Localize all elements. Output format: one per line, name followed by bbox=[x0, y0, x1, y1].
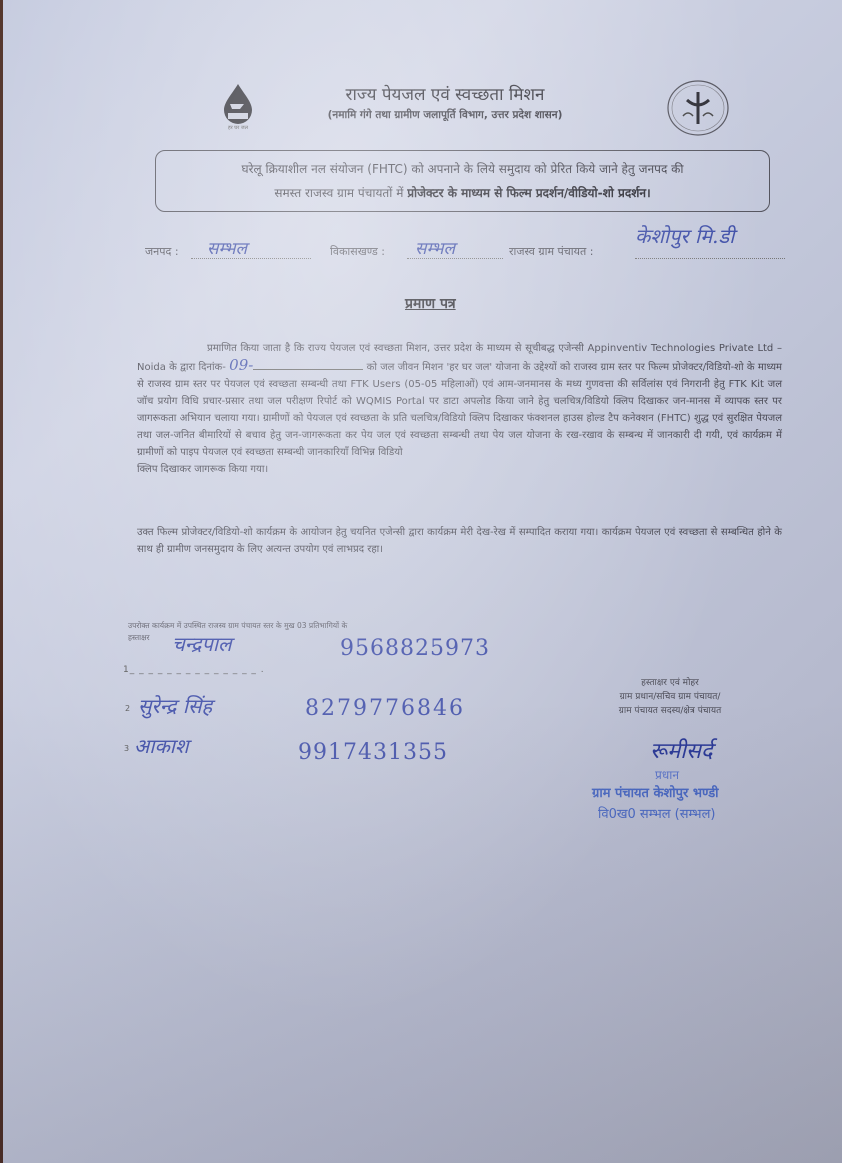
svg-text:हर घर जल: हर घर जल bbox=[228, 125, 249, 130]
water-drop-icon: हर घर जल bbox=[218, 82, 258, 130]
mission-title: राज्य पेयजल एवं स्वच्छता मिशन bbox=[300, 82, 590, 105]
location-fields: जनपद : सम्भल विकासखण्ड : सम्भल राजस्व ग्… bbox=[145, 236, 825, 266]
stamp-title: प्रधान bbox=[655, 766, 679, 783]
banner-line-1: घरेलू क्रियाशील नल संयोजन (FHTC) को अपना… bbox=[170, 157, 755, 181]
district-value[interactable]: सम्भल bbox=[207, 236, 247, 259]
participant-3-index: 3 bbox=[124, 744, 129, 753]
signatory-caption-line-2: ग्राम प्रधान/सचिव ग्राम पंचायत/ bbox=[585, 690, 755, 704]
participant-1-name[interactable]: चन्द्रपाल bbox=[172, 630, 232, 657]
body-p2: उक्त फिल्म प्रोजेक्टर/विडियो-शो कार्यक्र… bbox=[137, 527, 782, 555]
participant-2-name[interactable]: सुरेन्द्र सिंह bbox=[138, 692, 212, 719]
program-banner: घरेलू क्रियाशील नल संयोजन (FHTC) को अपना… bbox=[155, 150, 770, 212]
panchayat-dotline bbox=[635, 258, 785, 259]
mission-subtitle: (नमामि गंगे तथा ग्रामीण जलापूर्ति विभाग,… bbox=[290, 108, 600, 122]
har-ghar-jal-logo: हर घर जल bbox=[218, 82, 258, 130]
signatory-caption: हस्ताक्षर एवं मोहर ग्राम प्रधान/सचिव ग्र… bbox=[585, 676, 755, 718]
participant-1-phone[interactable]: 9568825973 bbox=[340, 636, 490, 661]
participant-2-index: 2 bbox=[125, 704, 130, 713]
banner-line-2: समस्त राजस्व ग्राम पंचायतों में प्रोजेक्… bbox=[170, 181, 755, 205]
certificate-heading: प्रमाण पत्र bbox=[405, 294, 456, 313]
participant-2-phone[interactable]: 8279776846 bbox=[305, 696, 465, 721]
panchayat-label: राजस्व ग्राम पंचायत : bbox=[509, 244, 593, 259]
banner-line-2-bold: प्रोजेक्टर के माध्यम से फिल्म प्रदर्शन/व… bbox=[407, 186, 650, 200]
signatory-caption-line-3: ग्राम पंचायत सदस्य/क्षेत्र पंचायत bbox=[585, 704, 755, 718]
block-label: विकासखण्ड : bbox=[330, 244, 385, 259]
stamp-line-2: वि0ख0 सम्भल (सम्भल) bbox=[598, 804, 715, 822]
participant-3-name[interactable]: आकाश bbox=[134, 732, 189, 759]
certificate-paragraph-2: उक्त फिल्म प्रोजेक्टर/विडियो-शो कार्यक्र… bbox=[137, 524, 782, 558]
signatory-caption-line-1: हस्ताक्षर एवं मोहर bbox=[585, 676, 755, 690]
banner-line-2-normal: समस्त राजस्व ग्राम पंचायतों में bbox=[274, 186, 407, 200]
photo-edge bbox=[0, 0, 3, 1163]
block-value[interactable]: सम्भल bbox=[415, 236, 455, 259]
participant-1-index: 1 bbox=[123, 665, 130, 675]
panchayat-value[interactable]: केशोपुर मि.डी bbox=[635, 222, 734, 249]
stamp-line-1: ग्राम पंचायत केशोपुर भण्डी bbox=[592, 783, 719, 801]
participant-3-phone[interactable]: 9917431355 bbox=[298, 740, 448, 765]
date-blank-line bbox=[253, 359, 363, 370]
emblem-icon bbox=[663, 78, 733, 138]
program-date[interactable]: 09- bbox=[229, 356, 253, 374]
body-p1-part2: को जल जीवन मिशन 'हर घर जल' योजना के उद्द… bbox=[137, 362, 782, 458]
body-p1-tail: क्लिप दिखाकर जागरूक किया गया। bbox=[137, 464, 268, 475]
participant-1-line: 1_ _ _ _ _ _ _ _ _ _ _ _ _ _ . bbox=[123, 665, 265, 675]
up-emblem-logo bbox=[663, 78, 733, 138]
pradhan-signature: रूमीसर्द bbox=[650, 735, 713, 765]
certificate-body: प्रमाणित किया जाता है कि राज्य पेयजल एवं… bbox=[137, 340, 782, 478]
district-label: जनपद : bbox=[145, 244, 179, 259]
